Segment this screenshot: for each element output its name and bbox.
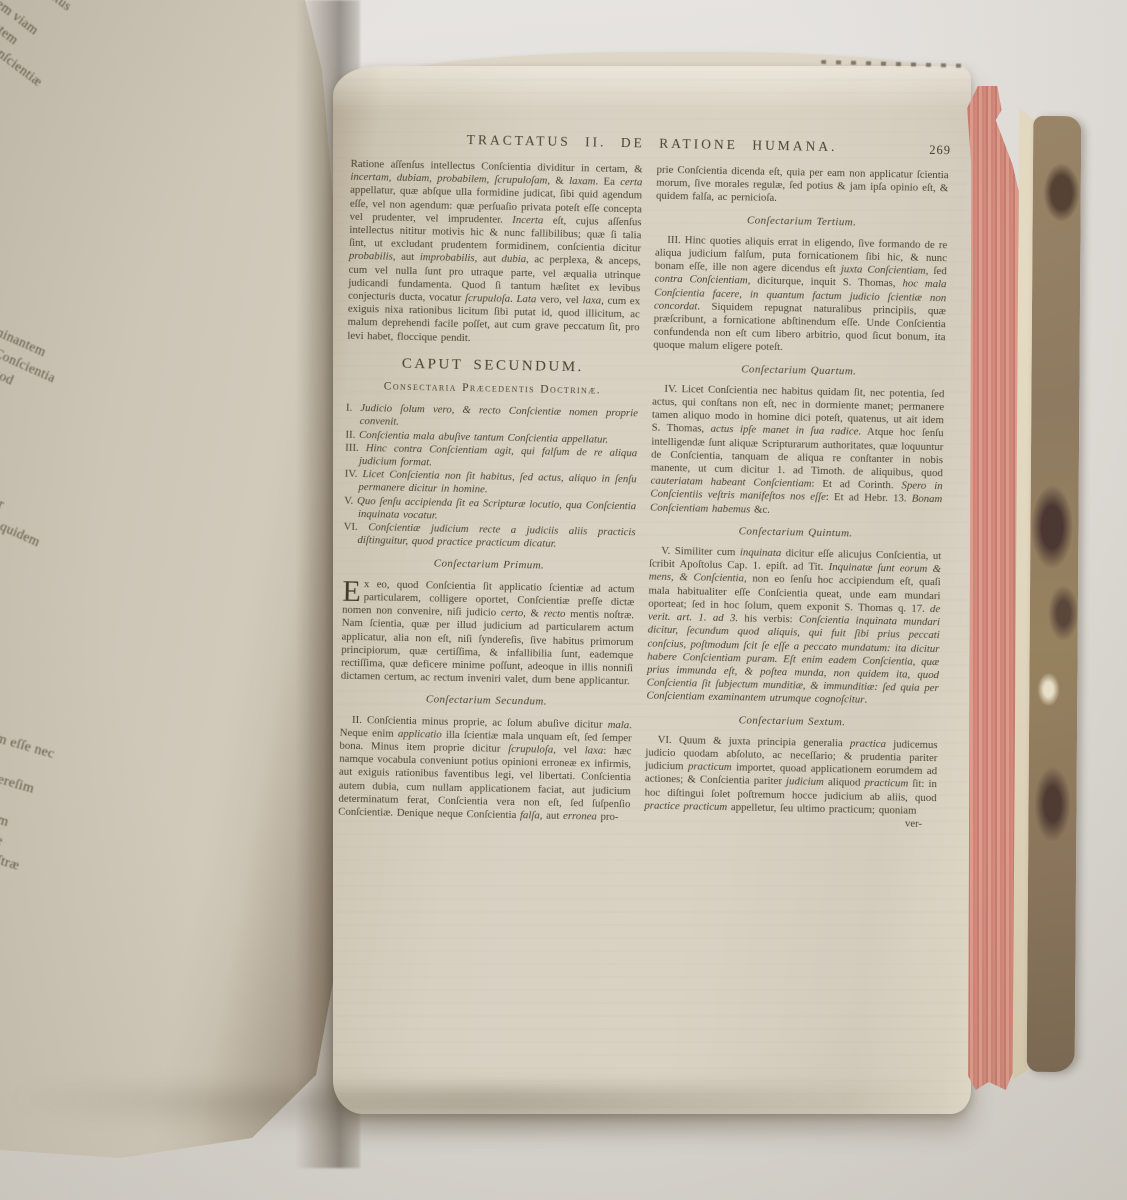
page-content: TRACTATUS II. DE RATIONE HUMANA. 269 Rat…	[325, 66, 961, 1118]
marbled-board-edge	[1027, 116, 1082, 1072]
text-columns: Ratione aſſenſus intellectus Conſcientia…	[330, 158, 959, 832]
paragraph-consectarium-sextum: VI. Quum & juxta principia generalia pra…	[644, 733, 937, 818]
consectaria-item: VI. Conſcientiæ judicium recte a judicii…	[343, 521, 635, 553]
book-shadow	[8, 1088, 1058, 1142]
left-page-text-fragment: ria ad actum per modum examinantemfare, …	[0, 255, 362, 943]
right-page: TRACTATUS II. DE RATIONE HUMANA. 269 Rat…	[333, 66, 971, 1114]
paragraph-consectarium-quartum: IV. Licet Conſcientia nec habitus quidam…	[650, 382, 944, 520]
left-page-text-fragment: ſequitur D. Thomas, quo nomineut ſciatur…	[0, 0, 362, 379]
paragraph-conscientia-division: Ratione aſſenſus intellectus Conſcientia…	[347, 158, 642, 348]
page-number: 269	[929, 143, 951, 158]
paragraph-consectarium-quintum: V. Similiter cum inquinata dicitur eſſe …	[646, 545, 941, 709]
consectaria-item: V. Quo ſenſu accipienda ſit ea Scripturæ…	[344, 494, 636, 526]
left-page-text-fragment: habitum, Conſcientiam eſſe neclicet præſ…	[0, 695, 362, 1147]
page-header: TRACTATUS II. DE RATIONE HUMANA. 269	[351, 130, 953, 160]
column-two: prie Conſcientia dicenda eſt, quia per e…	[644, 164, 949, 832]
consectarium-sextum-heading: Conſectarium Sextum.	[646, 712, 938, 731]
consectaria-item: I. Judicio ſolum vero, & recto Conſcient…	[346, 402, 638, 434]
consectarium-quintum-heading: Conſectarium Quintum.	[650, 523, 942, 542]
chapter-heading: CAPUT SECUNDUM.	[347, 357, 639, 376]
paragraph-consectarium-tertium: III. Hinc quoties aliquis errat in elige…	[653, 233, 947, 357]
page-edge-specks	[821, 60, 971, 68]
paragraph-continuation: prie Conſcientia dicenda eſt, quia per e…	[656, 164, 949, 209]
left-page: ſequitur D. Thomas, quo nomineut ſciatur…	[0, 0, 362, 1172]
consectarium-tertium-heading: Conſectarium Tertium.	[656, 212, 948, 231]
running-title: TRACTATUS II. DE RATIONE HUMANA.	[351, 130, 953, 158]
section-heading: Consectaria Præcedentis Doctrinæ.	[346, 380, 638, 399]
column-one: Ratione aſſenſus intellectus Conſcientia…	[338, 158, 643, 826]
consectarium-primum-heading: Conſectarium Primum.	[343, 556, 635, 575]
drop-cap: E	[342, 578, 361, 603]
consectaria-item: III. Hinc contra Conſcientiam agit, qui …	[345, 442, 637, 474]
consectaria-item: IV. Licet Conſcientia non ſit habitus, ſ…	[344, 468, 636, 500]
fore-edge-pink	[966, 86, 1020, 1090]
catchword: ver-	[644, 812, 936, 831]
consectarium-quartum-heading: Conſectarium Quartum.	[653, 361, 945, 380]
book-photo: ſequitur D. Thomas, quo nomineut ſciatur…	[0, 0, 1127, 1200]
consectaria-item: II. Conſcientia mala abuſive tantum Conſ…	[345, 428, 637, 447]
paragraph-consectarium-primum: Ex eo, quod Conſcientia ſit applicatio ſ…	[341, 577, 635, 688]
consectarium-secundum-heading: Conſectarium Secundum.	[340, 692, 632, 711]
paragraph-consectarium-secundum: II. Conſcientia minus proprie, ac ſolum …	[338, 713, 632, 824]
